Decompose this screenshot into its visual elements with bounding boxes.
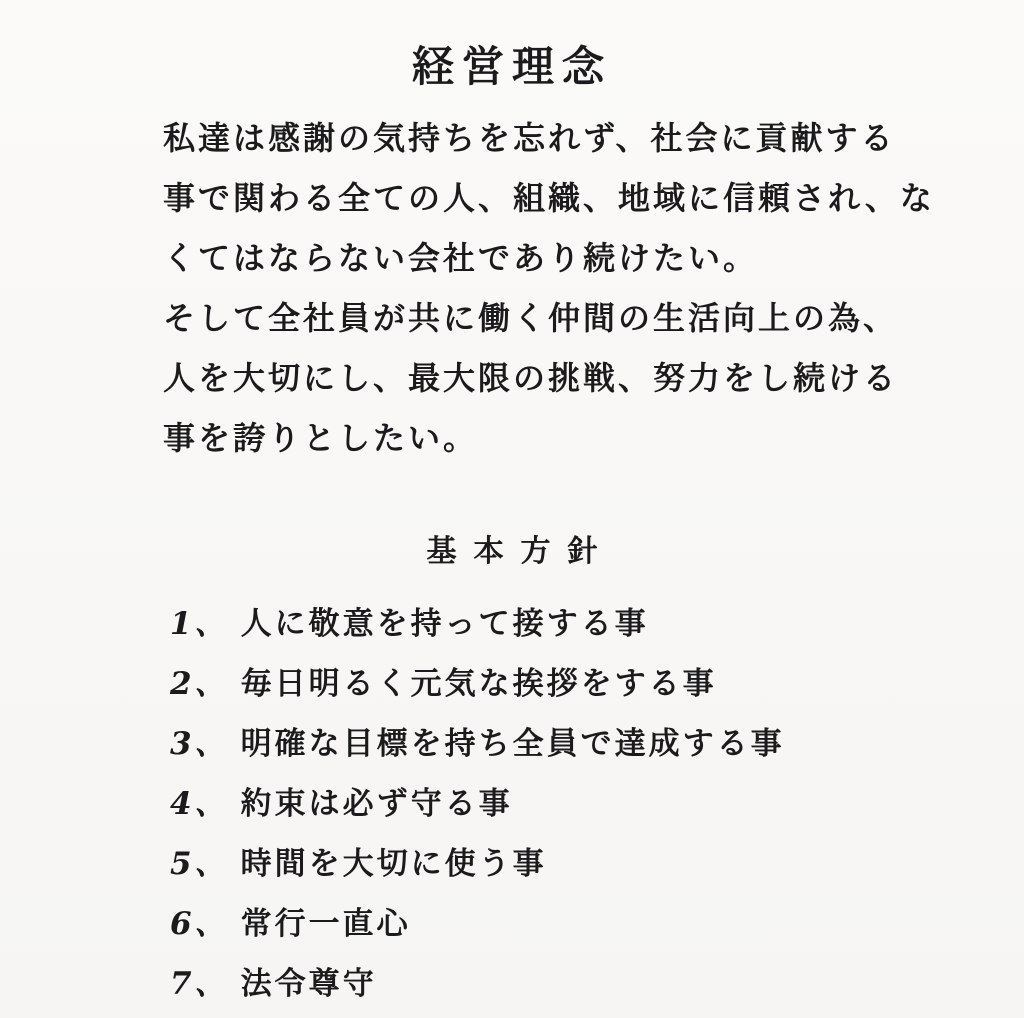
- list-item-number: 7、: [170, 954, 229, 1014]
- list-item: 3、明確な目標を持ち全員で達成する事: [170, 714, 1024, 774]
- list-item-number: 6、: [170, 894, 229, 954]
- section-heading-basic-policy: 基本方針: [0, 534, 1024, 570]
- list-item-text: 法令尊守: [241, 966, 377, 1002]
- philosophy-paragraph: 私達は感謝の気持ちを忘れず、社会に貢献する 事で関わる全ての人、組織、地域に信頼…: [0, 108, 1024, 468]
- list-item-text: 明確な目標を持ち全員で達成する事: [241, 726, 785, 762]
- list-item-text: 約束は必ず守る事: [241, 786, 513, 822]
- list-item-text: 常行一直心: [241, 906, 411, 942]
- list-item-text: 人に敬意を持って接する事: [241, 606, 649, 642]
- philosophy-line: そして全社員が共に働く仲間の生活向上の為、: [163, 288, 924, 348]
- list-item: 5、時間を大切に使う事: [170, 834, 1024, 894]
- list-item: 2、毎日明るく元気な挨拶をする事: [170, 654, 1024, 714]
- philosophy-line: くてはならない会社であり続けたい。: [163, 228, 924, 288]
- list-item-text: 時間を大切に使う事: [241, 846, 547, 882]
- philosophy-line: 私達は感謝の気持ちを忘れず、社会に貢献する: [163, 108, 924, 168]
- list-item: 1、人に敬意を持って接する事: [170, 594, 1024, 654]
- list-item-number: 2、: [170, 654, 229, 714]
- document-page: 経営理念 私達は感謝の気持ちを忘れず、社会に貢献する 事で関わる全ての人、組織、…: [0, 0, 1024, 1018]
- principles-list: 1、人に敬意を持って接する事 2、毎日明るく元気な挨拶をする事 3、明確な目標を…: [0, 594, 1024, 1014]
- list-item: 7、法令尊守: [170, 954, 1024, 1014]
- list-item-text: 毎日明るく元気な挨拶をする事: [241, 666, 717, 702]
- list-item-number: 3、: [170, 714, 229, 774]
- list-item-number: 1、: [170, 594, 229, 654]
- list-item-number: 4、: [170, 774, 229, 834]
- philosophy-line: 事を誇りとしたい。: [163, 408, 924, 468]
- philosophy-line: 人を大切にし、最大限の挑戦、努力をし続ける: [163, 348, 924, 408]
- list-item: 6、常行一直心: [170, 894, 1024, 954]
- page-title: 経営理念: [0, 0, 1024, 92]
- philosophy-line: 事で関わる全ての人、組織、地域に信頼され、な: [163, 168, 924, 228]
- list-item-number: 5、: [170, 834, 229, 894]
- list-item: 4、約束は必ず守る事: [170, 774, 1024, 834]
